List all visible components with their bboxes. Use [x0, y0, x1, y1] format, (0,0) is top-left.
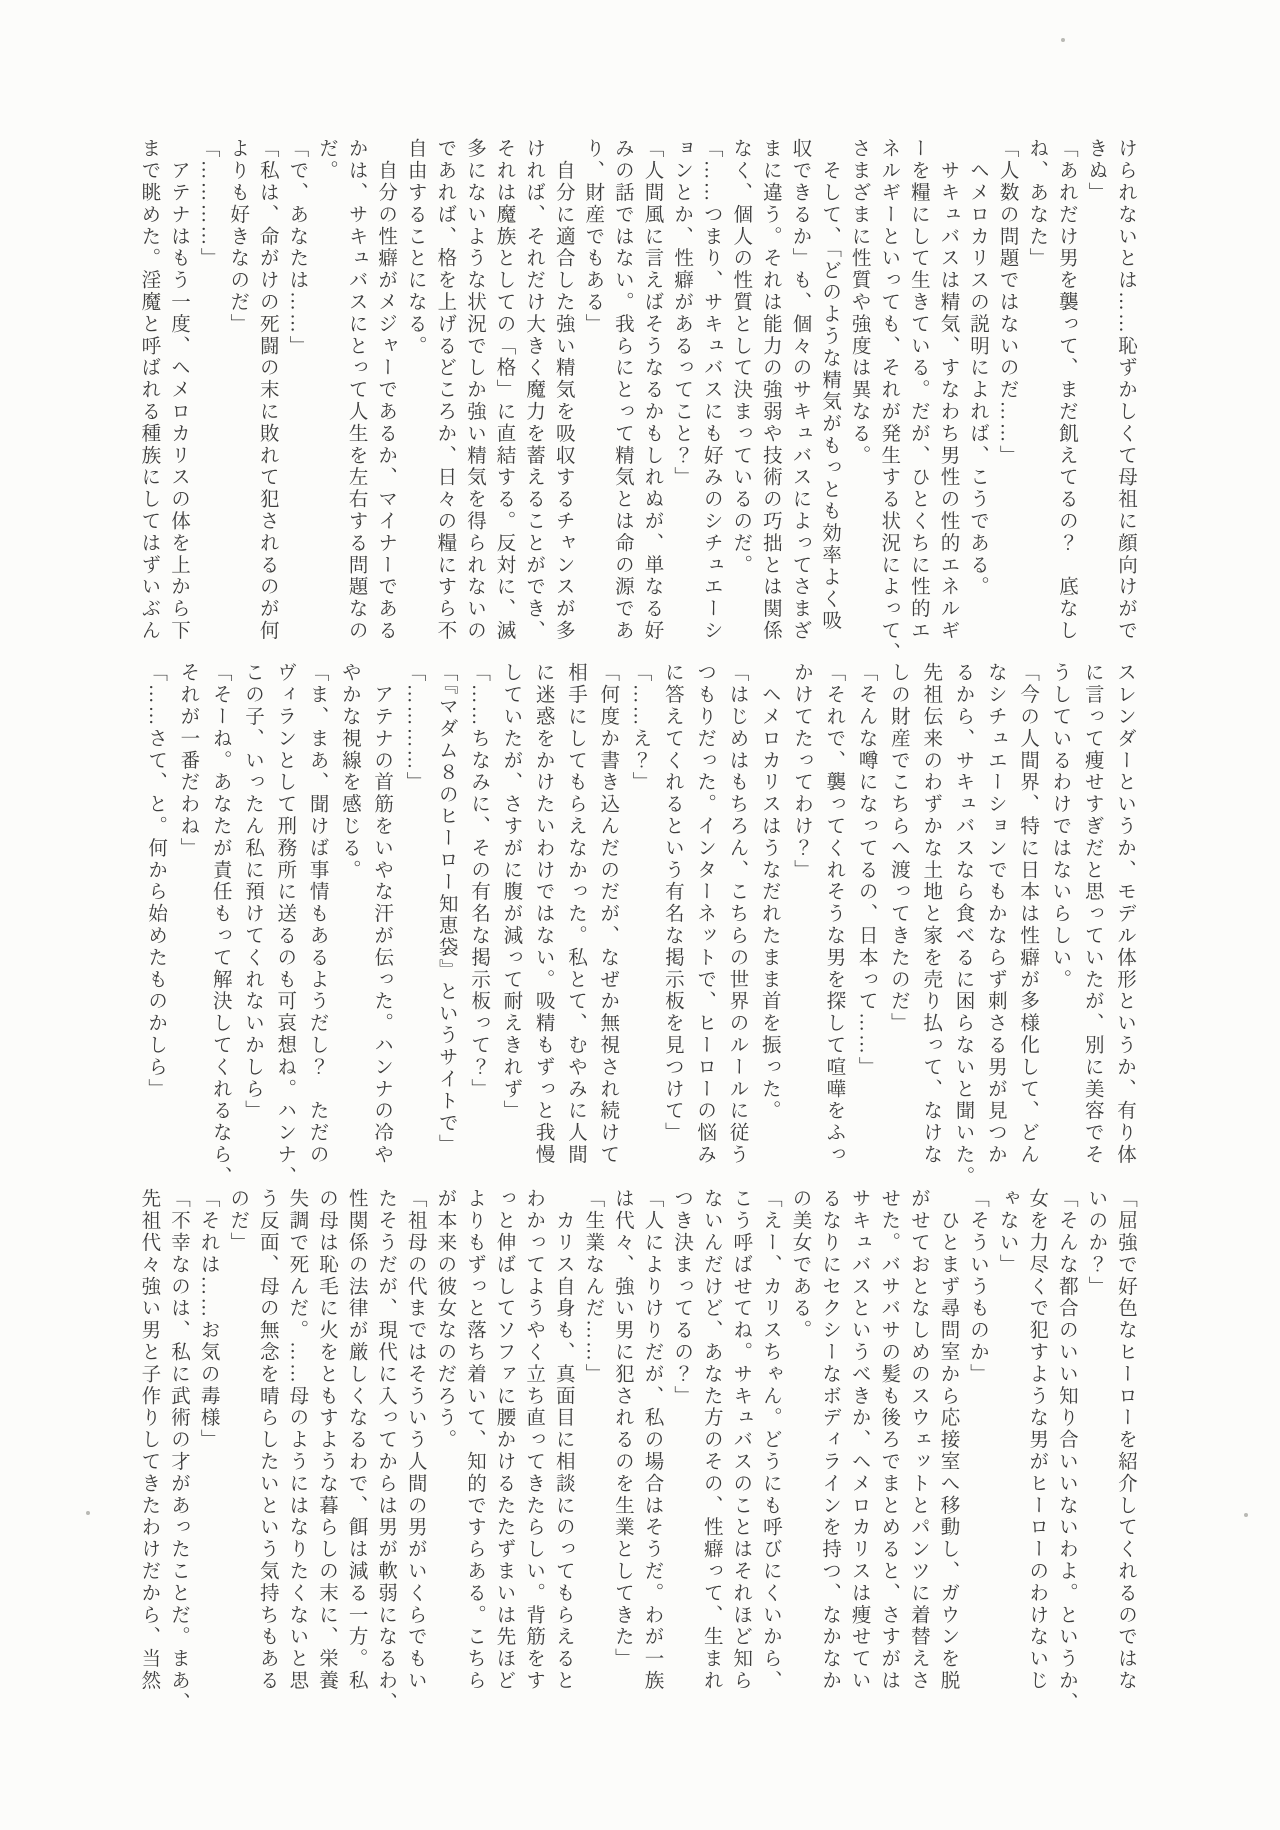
text-column: そして、「どのような精気がもっとも効率よく吸	[814, 138, 844, 652]
text-column: に言って痩せすぎだと思っていたが、別に美容でそ	[1075, 662, 1107, 1176]
text-band-bottom: 「屈強で好色なヒーローを紹介してくれるのではないのか？」「そんな都合のいい知り合…	[134, 1188, 1140, 1702]
text-column: は代々、強い男に犯されるのを生業としてきた」	[607, 1188, 637, 1702]
text-column: 「何度か書き込んだのだが、なぜか無視され続けて	[591, 662, 623, 1176]
text-column: 「不幸なのは、私に武術の才があったことだ。まあ、	[163, 1188, 193, 1702]
text-column: 「今の人間界、特に日本は性癖が多様化して、どん	[1011, 662, 1043, 1176]
text-column: わかってようやく立ち直ってきたらしい。背筋をす	[519, 1188, 549, 1702]
text-column: 「……ちなみに、その有名な掲示板って？」	[462, 662, 494, 1176]
text-column: きぬ」	[1081, 138, 1111, 652]
text-column: まで眺めた。淫魔と呼ばれる種族にしてはずいぶん	[134, 138, 164, 652]
text-column: 「生業なんだ……」	[578, 1188, 608, 1702]
text-column: していたが、さすがに腹が減って耐えきれず」	[494, 662, 526, 1176]
text-column: よりも好きなのだ」	[223, 138, 253, 652]
text-column: ーを糧にして生きている。だが、ひとくちに性的エ	[903, 138, 933, 652]
text-column: 自分に適合した強い精気を吸収するチャンスが多	[548, 138, 578, 652]
scan-speck	[86, 1511, 90, 1515]
text-column: 「『マダム８のヒーロー知恵袋』というサイトで」	[429, 662, 461, 1176]
text-column: ョンとか、性癖があるってこと？」	[667, 138, 697, 652]
text-column: 「……つまり、サキュバスにも好みのシチュエーシ	[696, 138, 726, 652]
text-column: 「そーね。あなたが責任もって解決してくれるなら、	[203, 662, 235, 1176]
text-column: ひとまず尋問室から応接室へ移動し、ガウンを脱	[933, 1188, 963, 1702]
text-column: カリス自身も、真面目に相談にのってもらえると	[548, 1188, 578, 1702]
text-column: 「で、あなたは……」	[282, 138, 312, 652]
text-column: やかな視線を感じる。	[333, 662, 365, 1176]
text-column: 女を力尽くで犯すような男がヒーローのわけないじ	[1022, 1188, 1052, 1702]
text-column: まに違う。それは能力の強弱や技術の巧拙とは関係	[755, 138, 785, 652]
text-column: ヘメロカリスはうなだれたまま首を振った。	[752, 662, 784, 1176]
text-column: かけてたってわけ？」	[785, 662, 817, 1176]
text-column: の美女である。	[785, 1188, 815, 1702]
text-column: せた。バサバサの髪も後ろでまとめると、さすがは	[874, 1188, 904, 1702]
text-column: 「……さて、と。何から始めたものかしら」	[139, 662, 171, 1176]
text-column: いのか？」	[1081, 1188, 1111, 1702]
text-column: のだ」	[223, 1188, 253, 1702]
text-column: しの財産でこちらへ渡ってきたのだ」	[882, 662, 914, 1176]
text-column: の母は恥毛に火をともすような暮らしの末に、栄養	[311, 1188, 341, 1702]
text-column: こう呼ばせてね。サキュバスのことはそれほど知ら	[726, 1188, 756, 1702]
text-column: この子、いったん私に預けてくれないかしら」	[236, 662, 268, 1176]
text-column: るなりにセクシーなボディラインを持つ、なかなか	[814, 1188, 844, 1702]
text-column: 「ま、まあ、聞けば事情もあるようだし？ ただの	[300, 662, 332, 1176]
text-column: さまざまに性質や強度は異なる。	[844, 138, 874, 652]
text-column: るから、サキュバスなら食べるに困らないと聞いた。	[946, 662, 978, 1176]
text-column: スレンダーというか、モデル体形というか、有り体	[1108, 662, 1140, 1176]
text-column: ければ、それだけ大きく魔力を蓄えることができ、	[519, 138, 549, 652]
text-column: 「そんな都合のいい知り合いいないわよ。というか、	[1051, 1188, 1081, 1702]
text-column: つもりだった。インターネットで、ヒーローの悩み	[688, 662, 720, 1176]
text-column: なく、個人の性質として決まっているのだ。	[726, 138, 756, 652]
text-column: ヘメロカリスの説明によれば、こうである。	[962, 138, 992, 652]
text-column: 「人によりけりだが、私の場合はそうだ。わが一族	[637, 1188, 667, 1702]
text-column: たそうだが、現代に入ってからは男が軟弱になるわ、	[371, 1188, 401, 1702]
text-column: 「あれだけ男を襲って、まだ飢えてるの？ 底なし	[1051, 138, 1081, 652]
text-column: 「えー、カリスちゃん。どうにも呼びにくいから、	[755, 1188, 785, 1702]
text-column: 「祖母の代まではそういう人間の男がいくらでもい	[400, 1188, 430, 1702]
text-column: アテナの首筋をいやな汗が伝った。ハンナの冷や	[365, 662, 397, 1176]
text-column: ね、あなた」	[1022, 138, 1052, 652]
novel-page: けられないとは……恥ずかしくて母祖に顔向けができぬ」「あれだけ男を襲って、まだ飢…	[0, 0, 1280, 1830]
text-column: が本来の彼女なのだろう。	[430, 1188, 460, 1702]
text-column: がせておとなしめのスウェットとパンツに着替えさ	[903, 1188, 933, 1702]
text-column: 「…………」	[397, 662, 429, 1176]
text-column: 相手にしてもらえなかった。私とて、むやみに人間	[559, 662, 591, 1176]
text-column: 多にないような状況でしか強い精気を得られないの	[459, 138, 489, 652]
text-column: よりもずっと落ち着いて、知的ですらある。こちら	[459, 1188, 489, 1702]
text-column: 「それで、襲ってくれそうな男を探して喧嘩をふっ	[817, 662, 849, 1176]
text-column: アテナはもう一度、ヘメロカリスの体を上から下	[163, 138, 193, 652]
text-column: ヴィランとして刑務所に送るのも可哀想ね。ハンナ、	[268, 662, 300, 1176]
text-column: 「人数の問題ではないのだ……」	[992, 138, 1022, 652]
text-column: 「……え？」	[623, 662, 655, 1176]
text-column: かは、サキュバスにとって人生を左右する問題なの	[341, 138, 371, 652]
text-column: 「屈強で好色なヒーローを紹介してくれるのではな	[1110, 1188, 1140, 1702]
text-column: 「私は、命がけの死闘の末に敗れて犯されるのが何	[252, 138, 282, 652]
text-column: サキュバスは精気、すなわち男性の性的エネルギ	[933, 138, 963, 652]
text-column: 「はじめはもちろん、こちらの世界のルールに従う	[720, 662, 752, 1176]
text-band-top: けられないとは……恥ずかしくて母祖に顔向けができぬ」「あれだけ男を襲って、まだ飢…	[134, 138, 1140, 652]
text-column: みの話ではない。我らにとって精気とは命の源であ	[607, 138, 637, 652]
text-column: けられないとは……恥ずかしくて母祖に顔向けがで	[1110, 138, 1140, 652]
text-column: 「それは……お気の毒様」	[193, 1188, 223, 1702]
text-column: 失調で死んだ。……母のようにはなりたくないと思	[282, 1188, 312, 1702]
text-column: なシチュエーションでもかならず刺さる男が見つか	[979, 662, 1011, 1176]
text-column: うしているわけではないらしい。	[1043, 662, 1075, 1176]
text-column: っと伸ばしてソファに腰かけるたたずまいは先ほど	[489, 1188, 519, 1702]
text-column: つき決まってるの？」	[667, 1188, 697, 1702]
text-column: であれば、格を上げるどころか、日々の糧にすら不	[430, 138, 460, 652]
text-column: 自由することになる。	[400, 138, 430, 652]
text-column: に答えてくれるという有名な掲示板を見つけて」	[656, 662, 688, 1176]
text-column: 自分の性癖がメジャーであるか、マイナーである	[371, 138, 401, 652]
text-column: 「そんな噂になってるの、日本って……」	[849, 662, 881, 1176]
text-column: 先祖代々強い男と子作りしてきたわけだから、当然	[134, 1188, 164, 1702]
text-column: ネルギーといっても、それが発生する状況によって、	[874, 138, 904, 652]
text-column: に迷惑をかけたいわけではない。吸精もずっと我慢	[526, 662, 558, 1176]
text-column: 性関係の法律が厳しくなるわで、餌は減る一方。私	[341, 1188, 371, 1702]
text-column: それが一番だわね」	[171, 662, 203, 1176]
text-column: サキュバスというべきか、ヘメロカリスは痩せてい	[844, 1188, 874, 1702]
text-column: う反面、母の無念を晴らしたいという気持ちもある	[252, 1188, 282, 1702]
scan-speck	[1061, 38, 1065, 42]
text-column: 先祖伝来のわずかな土地と家を売り払って、なけな	[914, 662, 946, 1176]
text-column: 収できるか」も、個々のサキュバスによってさまざ	[785, 138, 815, 652]
text-column: それは魔族としての「格」に直結する。反対に、滅	[489, 138, 519, 652]
text-column: ないんだけど、あなた方のその、性癖って、生まれ	[696, 1188, 726, 1702]
text-column: ゃない」	[992, 1188, 1022, 1702]
text-column: だ。	[311, 138, 341, 652]
text-column: 「そういうものか」	[962, 1188, 992, 1702]
text-column: 「人間風に言えばそうなるかもしれぬが、単なる好	[637, 138, 667, 652]
text-column: 「…………」	[193, 138, 223, 652]
text-column: り、財産でもある」	[578, 138, 608, 652]
text-band-middle: スレンダーというか、モデル体形というか、有り体に言って痩せすぎだと思っていたが、…	[139, 662, 1140, 1176]
scan-speck	[1244, 1513, 1248, 1517]
